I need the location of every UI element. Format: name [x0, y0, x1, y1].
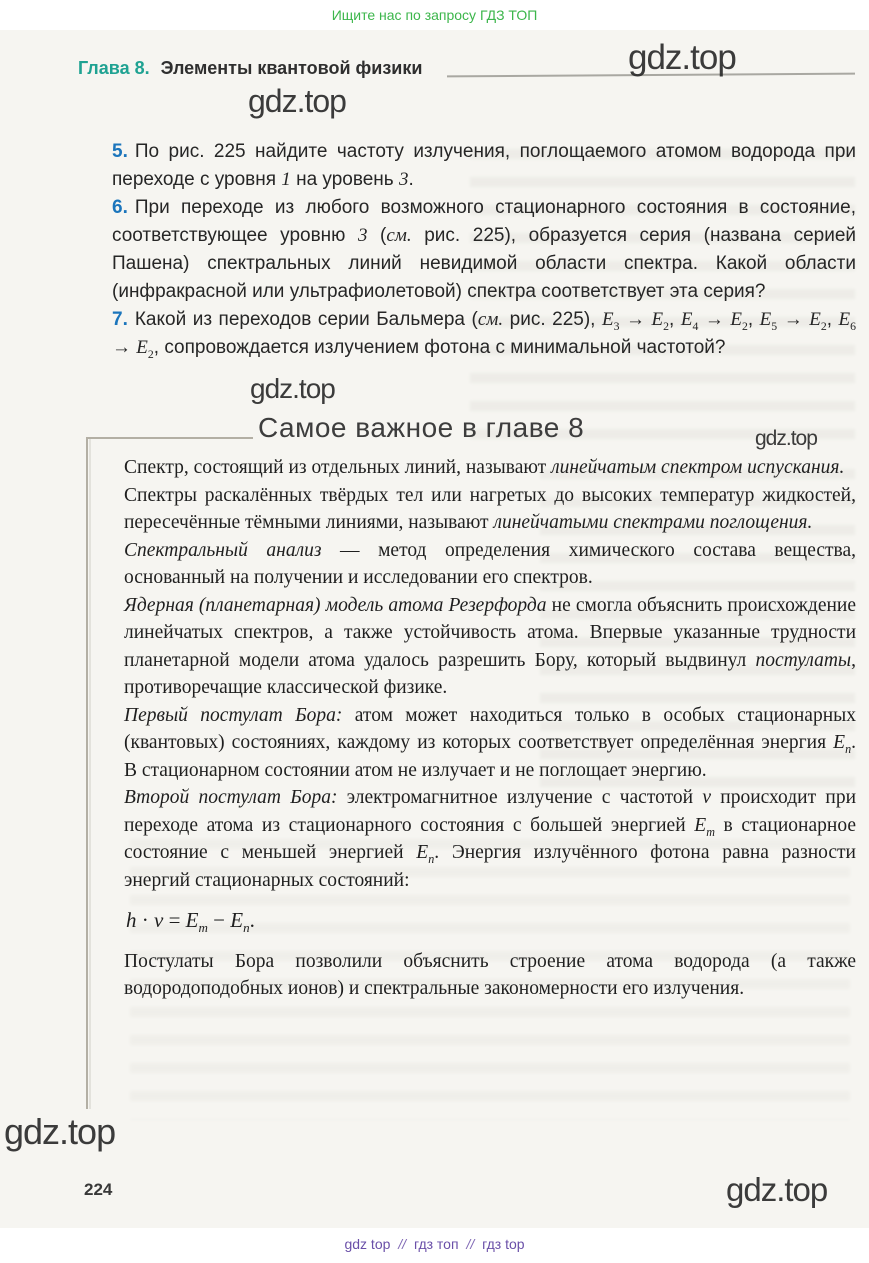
text-run: h	[126, 908, 137, 932]
book-page: Глава 8. Элементы квантовой физики 5.По …	[0, 30, 869, 1228]
summary-paragraph: Ядерная (планетарная) модель атома Резер…	[124, 592, 856, 702]
gdz-watermark: gdz.top	[628, 38, 736, 78]
page-number: 224	[84, 1180, 112, 1200]
text-run: E	[186, 908, 199, 932]
summary-box-left-border	[86, 437, 88, 1109]
question-item: 7.Какой из переходов серии Бальмера (см.…	[112, 306, 856, 362]
text-run: ν	[702, 787, 711, 808]
text-run: см.	[478, 309, 503, 330]
text-run: ·	[137, 908, 155, 932]
gdz-watermark: gdz.top	[248, 83, 346, 120]
text-run: см.	[386, 225, 411, 246]
text-run: =	[163, 908, 185, 932]
gdz-watermark: gdz.top	[755, 427, 817, 451]
text-run: Второй постулат Бора:	[124, 787, 338, 808]
text-run: E	[839, 309, 851, 330]
text-run: ,	[669, 309, 681, 330]
text-run: 1	[281, 169, 291, 190]
text-run: E	[602, 309, 614, 330]
footer-link[interactable]: гдз top	[482, 1236, 524, 1252]
chapter-number: Глава 8.	[78, 58, 150, 78]
top-banner: Ищите нас по запросу ГДЗ ТОП	[0, 0, 869, 30]
text-run: E	[416, 842, 428, 863]
subscript-run: m	[706, 824, 715, 838]
question-item: 5.По рис. 225 найдите частоту излучения,…	[112, 138, 856, 194]
text-run: линейчатыми спектрами поглощения.	[493, 512, 812, 533]
footer-links: gdz top // гдз топ // гдз top	[0, 1236, 869, 1252]
text-run: Спектр, состоящий из отдельных линий, на…	[124, 457, 551, 478]
scanned-textbook-page: Ищите нас по запросу ГДЗ ТОП Глава 8. Эл…	[0, 0, 869, 1263]
summary-paragraph: Спектральный анализ — метод определения …	[124, 537, 856, 592]
text-run: →	[112, 337, 136, 358]
text-run: .	[250, 908, 255, 932]
text-run: E	[136, 337, 148, 358]
text-run: постулаты	[755, 650, 851, 671]
text-run: E	[230, 908, 243, 932]
text-run: на уровень	[291, 169, 399, 190]
summary-body: Спектр, состоящий из отдельных линий, на…	[124, 454, 856, 1003]
text-run: электромагнитное излучение с частотой	[338, 787, 703, 808]
questions-list: 5.По рис. 225 найдите частоту излучения,…	[112, 138, 856, 362]
subscript-run: m	[199, 920, 208, 935]
summary-box-top-border	[87, 437, 253, 439]
gdz-watermark: gdz.top	[4, 1111, 115, 1153]
footer-separator: //	[394, 1236, 410, 1252]
text-run: По рис. 225 найдите частоту излучения, п…	[112, 141, 856, 190]
text-run: , сопровождается излучением фотона с мин…	[154, 337, 726, 358]
chapter-header: Глава 8. Элементы квантовой физики	[78, 58, 422, 79]
footer-link[interactable]: гдз топ	[414, 1236, 459, 1252]
footer-separator: //	[463, 1236, 479, 1252]
summary-paragraph: Постулаты Бора позволили объяснить строе…	[124, 948, 856, 1003]
text-run: (	[367, 225, 386, 246]
subscript-run: 6	[850, 320, 856, 333]
text-run: →	[777, 309, 809, 330]
text-run: E	[833, 732, 845, 753]
text-run: ,	[748, 309, 760, 330]
text-run: Ядерная (планетарная) модель атома Резер…	[124, 595, 547, 616]
formula: h · ν = Em − En.	[126, 907, 856, 935]
summary-paragraph: Спектр, состоящий из отдельных линий, на…	[124, 454, 856, 482]
gdz-watermark: gdz.top	[250, 373, 335, 405]
gdz-watermark: gdz.top	[726, 1171, 827, 1209]
top-banner-text: Ищите нас по запросу ГДЗ ТОП	[332, 7, 538, 23]
question-number: 7.	[112, 309, 128, 330]
summary-paragraph: Первый постулат Бора: атом может находит…	[124, 702, 856, 785]
text-run: E	[809, 309, 821, 330]
text-run: E	[652, 309, 664, 330]
text-run: E	[730, 309, 742, 330]
text-run: Первый постулат Бора:	[124, 705, 342, 726]
footer-link[interactable]: gdz top	[344, 1236, 390, 1252]
text-run: →	[619, 309, 651, 330]
text-run: ν	[154, 908, 163, 932]
text-run: E	[760, 309, 772, 330]
summary-heading: Самое важное в главе 8	[258, 412, 584, 444]
question-item: 6.При переходе из любого возможного стац…	[112, 194, 856, 306]
summary-paragraph: Второй постулат Бора: электромагнитное и…	[124, 784, 856, 894]
text-run: Какой из переходов серии Бальмера (	[135, 309, 478, 330]
text-run: .	[408, 169, 413, 190]
text-run: рис. 225),	[503, 309, 602, 330]
text-run: линейчатым спектром испускания.	[551, 457, 844, 478]
summary-paragraph: Спектры раскалённых твёрдых тел или нагр…	[124, 482, 856, 537]
text-run: ,	[827, 309, 839, 330]
text-run: −	[208, 908, 230, 932]
chapter-title: Элементы квантовой физики	[161, 58, 423, 78]
question-number: 6.	[112, 197, 128, 218]
question-number: 5.	[112, 141, 128, 162]
text-run: Спектральный анализ	[124, 540, 321, 561]
text-run: E	[681, 309, 693, 330]
text-run: →	[698, 309, 730, 330]
text-run: Постулаты Бора позволили объяснить строе…	[124, 951, 856, 1000]
text-run: E	[694, 815, 706, 836]
